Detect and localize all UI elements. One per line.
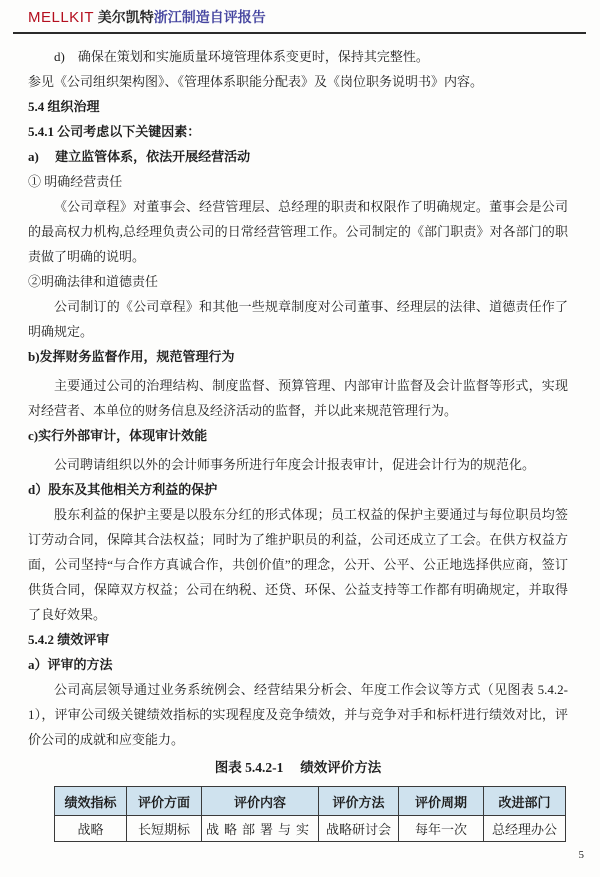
- cell-improve-dept: 总经理办公: [484, 816, 566, 842]
- heading-5-4-governance: 5.4 组织治理: [28, 94, 568, 119]
- para-financial-supervision: 主要通过公司的治理结构、制度监督、预算管理、内部审计监督及会计监督等形式，实现对…: [28, 373, 568, 423]
- item-1-operating-responsibility: ① 明确经营责任: [28, 169, 568, 194]
- para-external-audit: 公司聘请组织以外的会计师事务所进行年度会计报表审计，促进会计行为的规范化。: [28, 452, 568, 477]
- brand-logo-text: MELLKIT: [28, 9, 94, 26]
- col-header-kpi: 绩效指标: [55, 787, 127, 816]
- heading-c-external-audit: c)实行外部审计，体现审计效能: [28, 423, 568, 448]
- col-header-aspect: 评价方面: [127, 787, 202, 816]
- table-header-row: 绩效指标 评价方面 评价内容 评价方法 评价周期 改进部门: [55, 787, 566, 816]
- header-document-title: 浙江制造自评报告: [154, 11, 266, 26]
- reference-documents-line: 参见《公司组织架构图》、《管理体系职能分配表》及《岗位职务说明书》内容。: [28, 69, 568, 94]
- heading-a-review-method: a）评审的方法: [28, 652, 568, 677]
- cell-cycle: 每年一次: [399, 816, 484, 842]
- clause-d-quality-system: d) 确保在策划和实施质量环境管理体系变更时，保持其完整性。: [28, 44, 568, 69]
- document-page: MELLKIT 美尔凯特浙江制造自评报告 d) 确保在策划和实施质量环境管理体系…: [0, 0, 600, 877]
- heading-b-financial-supervision: b)发挥财务监督作用，规范管理行为: [28, 344, 568, 369]
- header-company-name: 美尔凯特: [98, 11, 154, 26]
- para-legal-ethics-rules: 公司制订的《公司章程》和其他一些规章制度对公司董事、经理层的法律、道德责任作了明…: [28, 294, 568, 344]
- col-header-cycle: 评价周期: [399, 787, 484, 816]
- cell-content: 战略部署与实: [202, 816, 319, 842]
- para-stakeholder-protection: 股东利益的保护主要是以股东分红的形式体现；员工权益的保护主要通过与每位职员均签订…: [28, 502, 568, 627]
- heading-5-4-1-key-factors: 5.4.1 公司考虑以下关键因素：: [28, 119, 568, 144]
- cell-aspect: 长短期标: [127, 816, 202, 842]
- heading-5-4-2-performance-review: 5.4.2 绩效评审: [28, 627, 568, 652]
- heading-a-supervision-system: a) 建立监管体系，依法开展经营活动: [28, 144, 568, 169]
- table-row: 战略 长短期标 战略部署与实 战略研讨会 每年一次 总经理办公: [55, 816, 566, 842]
- table-caption: 图表 5.4.2-1 绩效评价方法: [28, 756, 568, 780]
- item-2-legal-ethics-responsibility: ②明确法律和道德责任: [28, 269, 568, 294]
- col-header-method: 评价方法: [319, 787, 399, 816]
- page-number: 5: [579, 849, 585, 861]
- performance-evaluation-table: 绩效指标 评价方面 评价内容 评价方法 评价周期 改进部门 战略 长短期标 战略…: [54, 786, 566, 842]
- document-header: MELLKIT 美尔凯特浙江制造自评报告: [13, 6, 586, 34]
- col-header-improve-dept: 改进部门: [484, 787, 566, 816]
- heading-d-stakeholder-protection: d）股东及其他相关方利益的保护: [28, 477, 568, 502]
- col-header-content: 评价内容: [202, 787, 319, 816]
- para-review-method: 公司高层领导通过业务系统例会、经营结果分析会、年度工作会议等方式（见图表 5.4…: [28, 677, 568, 752]
- cell-kpi: 战略: [55, 816, 127, 842]
- cell-method: 战略研讨会: [319, 816, 399, 842]
- para-company-charter: 《公司章程》对董事会、经营管理层、总经理的职责和权限作了明确规定。董事会是公司的…: [28, 194, 568, 269]
